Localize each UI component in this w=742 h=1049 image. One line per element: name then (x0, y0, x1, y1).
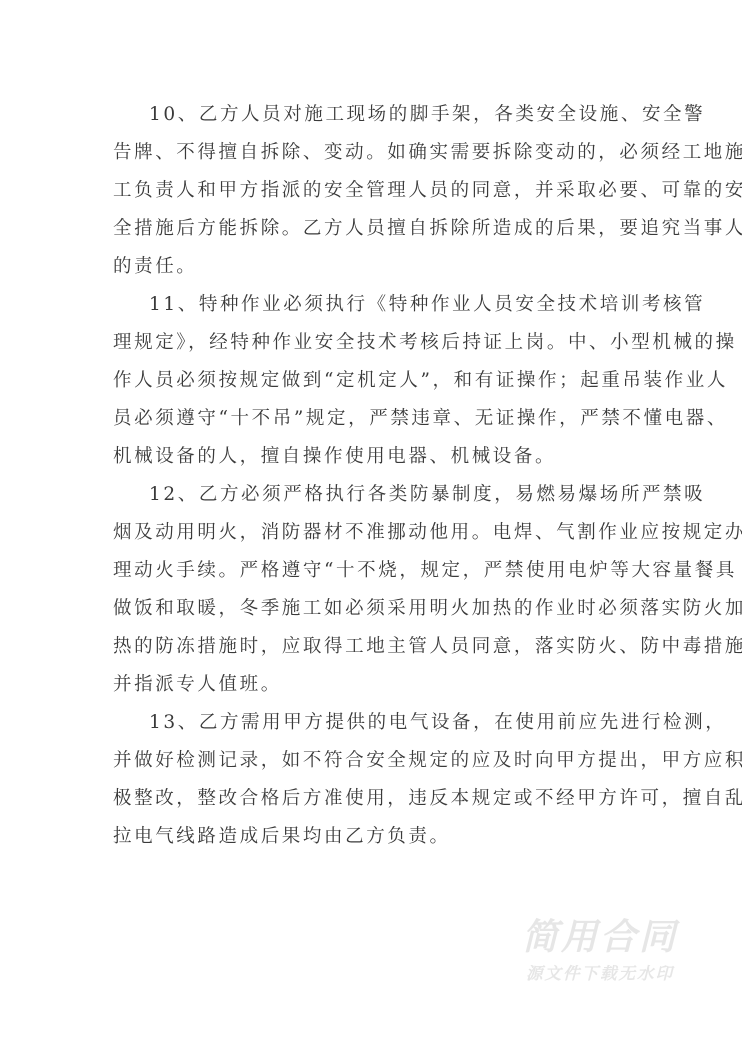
clause-line: 做饭和取暖，冬季施工如必须采用明火加热的作业时必须落实防火加 (113, 590, 631, 628)
clause-line: 员必须遵守“十不吊”规定，严禁违章、无证操作，严禁不懂电器、 (113, 400, 631, 438)
clause-line: 热的防冻措施时，应取得工地主管人员同意，落实防火、防中毒措施， (113, 628, 631, 666)
clause-line: 作人员必须按规定做到“定机定人”，和有证操作；起重吊装作业人 (113, 362, 631, 400)
clause-line: 的责任。 (113, 248, 631, 286)
clause-11: 11、特种作业必须执行《特种作业人员安全技术培训考核管 理规定》，经特种作业安全… (113, 286, 631, 476)
clause-line: 12、乙方必须严格执行各类防暴制度，易燃易爆场所严禁吸 (113, 476, 631, 514)
clause-line: 极整改，整改合格后方准使用，违反本规定或不经甲方许可，擅自乱 (113, 780, 631, 818)
clause-line: 机械设备的人，擅自操作使用电器、机械设备。 (113, 438, 631, 476)
clause-line: 全措施后方能拆除。乙方人员擅自拆除所造成的后果，要追究当事人 (113, 210, 631, 248)
clause-line: 告牌、不得擅自拆除、变动。如确实需要拆除变动的，必须经工地施 (113, 134, 631, 172)
clause-line: 理动火手续。严格遵守“十不烧，规定，严禁使用电炉等大容量餐具 (113, 552, 631, 590)
clause-line: 11、特种作业必须执行《特种作业人员安全技术培训考核管 (113, 286, 631, 324)
watermark-subtitle: 源文件下载无水印 (510, 962, 690, 986)
clause-line: 10、乙方人员对施工现场的脚手架，各类安全设施、安全警 (113, 96, 631, 134)
clause-line: 理规定》，经特种作业安全技术考核后持证上岗。中、小型机械的操 (113, 324, 631, 362)
clause-line: 拉电气线路造成后果均由乙方负责。 (113, 818, 631, 856)
clause-line: 工负责人和甲方指派的安全管理人员的同意，并采取必要、可靠的安 (113, 172, 631, 210)
clause-12: 12、乙方必须严格执行各类防暴制度，易燃易爆场所严禁吸 烟及动用明火，消防器材不… (113, 476, 631, 704)
clause-10: 10、乙方人员对施工现场的脚手架，各类安全设施、安全警 告牌、不得擅自拆除、变动… (113, 96, 631, 286)
clause-13: 13、乙方需用甲方提供的电气设备，在使用前应先进行检测， 并做好检测记录，如不符… (113, 704, 631, 856)
document-body: 10、乙方人员对施工现场的脚手架，各类安全设施、安全警 告牌、不得擅自拆除、变动… (113, 96, 631, 856)
clause-line: 烟及动用明火，消防器材不准挪动他用。电焊、气割作业应按规定办 (113, 514, 631, 552)
clause-line: 13、乙方需用甲方提供的电气设备，在使用前应先进行检测， (113, 704, 631, 742)
watermark: 简用合同 源文件下载无水印 (510, 918, 690, 986)
document-page: 10、乙方人员对施工现场的脚手架，各类安全设施、安全警 告牌、不得擅自拆除、变动… (0, 0, 742, 1049)
clause-line: 并指派专人值班。 (113, 666, 631, 704)
watermark-title: 简用合同 (510, 918, 690, 958)
clause-line: 并做好检测记录，如不符合安全规定的应及时向甲方提出，甲方应积 (113, 742, 631, 780)
